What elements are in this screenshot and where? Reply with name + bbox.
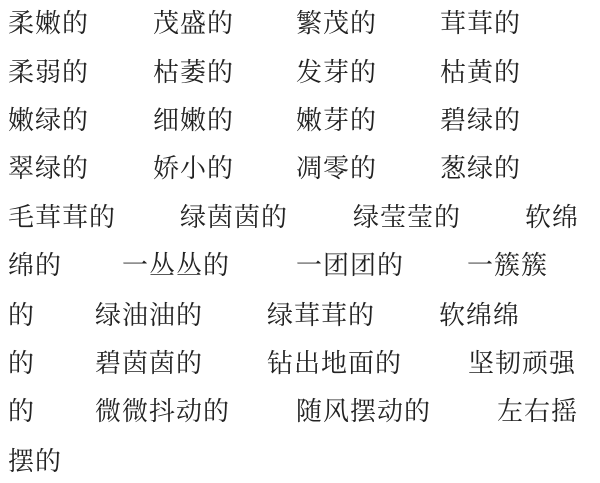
word: 柔嫩的 xyxy=(8,6,89,42)
word: 发芽的 xyxy=(296,55,377,91)
text-line-7: 的 绿油油的 绿茸茸的 软绵绵 xyxy=(0,298,600,334)
text-line-4: 翠绿的 娇小的 凋零的 葱绿的 xyxy=(0,151,600,187)
word: 茸茸的 xyxy=(440,6,521,42)
text-line-8: 的 碧茵茵的 钻出地面的 坚韧顽强 xyxy=(0,346,600,382)
word: 凋零的 xyxy=(296,151,377,187)
word: 嫩芽的 xyxy=(296,103,377,139)
word: 摆的 xyxy=(8,444,62,480)
text-line-10: 摆的 xyxy=(0,444,600,480)
word: 绿油油的 xyxy=(95,298,203,334)
word: 坚韧顽强 xyxy=(468,346,576,382)
word: 翠绿的 xyxy=(8,151,89,187)
word: 葱绿的 xyxy=(440,151,521,187)
word: 毛茸茸的 xyxy=(8,200,116,236)
word: 软绵绵 xyxy=(439,298,520,334)
word: 一丛丛的 xyxy=(122,248,230,284)
word: 细嫩的 xyxy=(153,103,234,139)
word: 嫩绿的 xyxy=(8,103,89,139)
text-line-1: 柔嫩的 茂盛的 繁茂的 茸茸的 xyxy=(0,6,600,42)
word: 钻出地面的 xyxy=(267,346,402,382)
word: 枯黄的 xyxy=(440,55,521,91)
word: 娇小的 xyxy=(153,151,234,187)
text-line-5: 毛茸茸的 绿茵茵的 绿莹莹的 软绵 xyxy=(0,200,600,236)
word: 柔弱的 xyxy=(8,55,89,91)
text-line-3: 嫩绿的 细嫩的 嫩芽的 碧绿的 xyxy=(0,103,600,139)
word: 绿茸茸的 xyxy=(267,298,375,334)
word: 碧绿的 xyxy=(440,103,521,139)
word: 茂盛的 xyxy=(153,6,234,42)
word: 一团团的 xyxy=(296,248,404,284)
word: 一簇簇 xyxy=(467,248,548,284)
text-line-9: 的 微微抖动的 随风摆动的 左右摇 xyxy=(0,394,600,430)
word-list-document: 柔嫩的 茂盛的 繁茂的 茸茸的 柔弱的 枯萎的 发芽的 枯黄的 嫩绿的 细嫩的 … xyxy=(0,0,600,483)
word: 随风摆动的 xyxy=(296,394,431,430)
text-line-2: 柔弱的 枯萎的 发芽的 枯黄的 xyxy=(0,55,600,91)
word: 的 xyxy=(8,394,35,430)
word: 的 xyxy=(8,346,35,382)
word: 左右摇 xyxy=(497,394,578,430)
word: 繁茂的 xyxy=(296,6,377,42)
word: 枯萎的 xyxy=(153,55,234,91)
word: 微微抖动的 xyxy=(95,394,230,430)
word: 碧茵茵的 xyxy=(95,346,203,382)
word: 绿莹莹的 xyxy=(353,200,461,236)
word: 的 xyxy=(8,298,35,334)
word: 绿茵茵的 xyxy=(180,200,288,236)
word: 绵的 xyxy=(8,248,62,284)
word: 软绵 xyxy=(525,200,579,236)
text-line-6: 绵的 一丛丛的 一团团的 一簇簇 xyxy=(0,248,600,284)
